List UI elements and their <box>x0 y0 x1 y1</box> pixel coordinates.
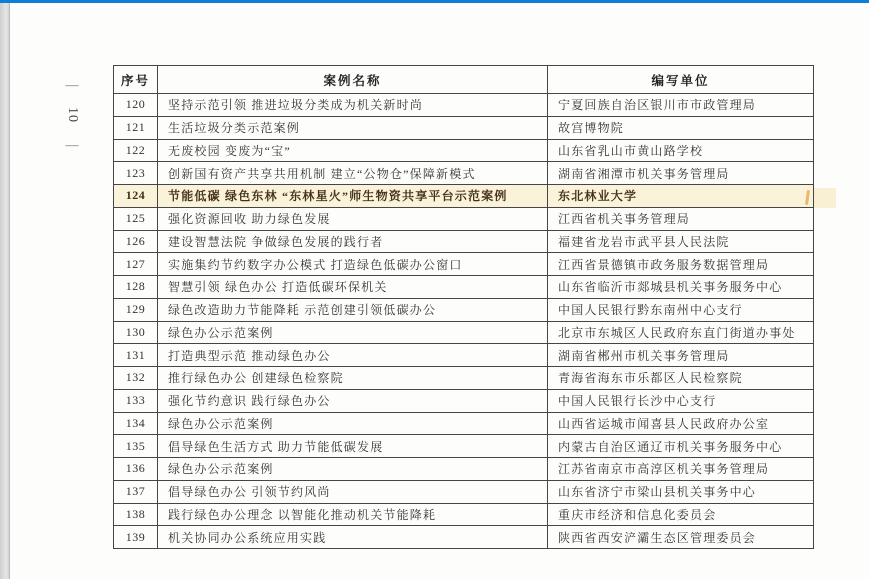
table-row: 134绿色办公示范案例山西省运城市闻喜县人民政府办公室 <box>114 412 814 435</box>
table-row: 133强化节约意识 践行绿色办公中国人民银行长沙中心支行 <box>114 389 814 412</box>
table-row: 137倡导绿色办公 引领节约风尚山东省济宁市梁山县机关事务中心 <box>114 480 814 503</box>
table-header-row: 序号 案例名称 编写单位 <box>114 66 814 94</box>
case-serial-number: 135 <box>114 435 158 458</box>
table-row: 138践行绿色办公理念 以智能化推动机关节能降耗重庆市经济和信息化委员会 <box>114 503 814 526</box>
table-row: 129绿色改造助力节能降耗 示范创建引领低碳办公中国人民银行黔东南州中心支行 <box>114 298 814 321</box>
case-serial-number: 134 <box>114 412 158 435</box>
case-serial-number: 130 <box>114 321 158 344</box>
case-writing-unit: 青海省海东市乐都区人民检察院 <box>548 367 814 390</box>
case-name: 打造典型示范 推动绿色办公 <box>158 344 548 367</box>
case-name: 绿色办公示范案例 <box>158 412 548 435</box>
page-number: — 10 — <box>58 82 86 148</box>
table-row: 127实施集约节约数字办公模式 打造绿色低碳办公窗口江西省景德镇市政务服务数据管… <box>114 253 814 276</box>
case-name: 机关协同办公系统应用实践 <box>158 526 548 549</box>
case-name: 坚持示范引领 推进垃圾分类成为机关新时尚 <box>158 94 548 117</box>
table-row: 136绿色办公示范案例江苏省南京市高淳区机关事务管理局 <box>114 458 814 481</box>
case-name: 绿色改造助力节能降耗 示范创建引领低碳办公 <box>158 298 548 321</box>
table-row: 139机关协同办公系统应用实践陕西省西安浐灞生态区管理委员会 <box>114 526 814 549</box>
case-writing-unit: 山东省济宁市梁山县机关事务中心 <box>548 480 814 503</box>
case-serial-number: 125 <box>114 207 158 230</box>
case-serial-number: 139 <box>114 526 158 549</box>
case-serial-number: 137 <box>114 480 158 503</box>
table-row: 121生活垃圾分类示范案例故宫博物院 <box>114 116 814 139</box>
table-row: 120坚持示范引领 推进垃圾分类成为机关新时尚宁夏回族自治区银川市市政管理局 <box>114 94 814 117</box>
case-name: 强化节约意识 践行绿色办公 <box>158 389 548 412</box>
case-name: 建设智慧法院 争做绿色发展的践行者 <box>158 230 548 253</box>
column-header-case-name: 案例名称 <box>158 66 548 94</box>
case-writing-unit: 山东省临沂市郯城县机关事务服务中心 <box>548 276 814 299</box>
case-name: 智慧引领 绿色办公 打造低碳环保机关 <box>158 276 548 299</box>
case-writing-unit: 山西省运城市闻喜县人民政府办公室 <box>548 412 814 435</box>
table-row: 125强化资源回收 助力绿色发展江西省机关事务管理局 <box>114 207 814 230</box>
case-name: 创新国有资产共享共用机制 建立“公物仓”保障新模式 <box>158 162 548 185</box>
table-row: 122无废校园 变废为“宝”山东省乳山市黄山路学校 <box>114 139 814 162</box>
case-serial-number: 121 <box>114 116 158 139</box>
case-writing-unit: 宁夏回族自治区银川市市政管理局 <box>548 94 814 117</box>
column-header-serial-number: 序号 <box>114 66 158 94</box>
table-row: 124节能低碳 绿色东林 “东林星火”师生物资共享平台示范案例东北林业大学 <box>114 185 814 208</box>
case-serial-number: 124 <box>114 185 158 208</box>
case-writing-unit: 故宫博物院 <box>548 116 814 139</box>
case-name: 无废校园 变废为“宝” <box>158 139 548 162</box>
table-row: 123创新国有资产共享共用机制 建立“公物仓”保障新模式湖南省湘潭市机关事务管理… <box>114 162 814 185</box>
case-writing-unit: 中国人民银行长沙中心支行 <box>548 389 814 412</box>
case-serial-number: 128 <box>114 276 158 299</box>
case-serial-number: 126 <box>114 230 158 253</box>
page-number-value: 10 <box>65 107 79 123</box>
table-row: 135倡导绿色生活方式 助力节能低碳发展内蒙古自治区通辽市机关事务服务中心 <box>114 435 814 458</box>
case-name: 强化资源回收 助力绿色发展 <box>158 207 548 230</box>
scan-edge-shadow <box>0 3 10 579</box>
case-serial-number: 129 <box>114 298 158 321</box>
case-name: 生活垃圾分类示范案例 <box>158 116 548 139</box>
case-serial-number: 136 <box>114 458 158 481</box>
case-name: 践行绿色办公理念 以智能化推动机关节能降耗 <box>158 503 548 526</box>
case-serial-number: 120 <box>114 94 158 117</box>
case-writing-unit: 陕西省西安浐灞生态区管理委员会 <box>548 526 814 549</box>
case-serial-number: 133 <box>114 389 158 412</box>
case-serial-number: 127 <box>114 253 158 276</box>
case-writing-unit: 东北林业大学 <box>548 185 814 208</box>
case-name: 倡导绿色办公 引领节约风尚 <box>158 480 548 503</box>
document-page: — 10 — 序号 案例名称 编写单位 120坚持示范引领 推进垃圾分类成为机关… <box>0 0 869 579</box>
case-table: 序号 案例名称 编写单位 120坚持示范引领 推进垃圾分类成为机关新时尚宁夏回族… <box>113 65 814 549</box>
case-writing-unit: 内蒙古自治区通辽市机关事务服务中心 <box>548 435 814 458</box>
table-row: 128智慧引领 绿色办公 打造低碳环保机关山东省临沂市郯城县机关事务服务中心 <box>114 276 814 299</box>
table-row: 131打造典型示范 推动绿色办公湖南省郴州市机关事务管理局 <box>114 344 814 367</box>
case-writing-unit: 湖南省郴州市机关事务管理局 <box>548 344 814 367</box>
case-writing-unit: 湖南省湘潭市机关事务管理局 <box>548 162 814 185</box>
case-writing-unit: 北京市东城区人民政府东直门街道办事处 <box>548 321 814 344</box>
column-header-writing-unit: 编写单位 <box>548 66 814 94</box>
table-row: 130绿色办公示范案例北京市东城区人民政府东直门街道办事处 <box>114 321 814 344</box>
case-serial-number: 138 <box>114 503 158 526</box>
page-number-dash-bottom: — <box>66 142 79 148</box>
top-accent-bar <box>0 0 869 3</box>
case-writing-unit: 山东省乳山市黄山路学校 <box>548 139 814 162</box>
case-name: 推行绿色办公 创建绿色检察院 <box>158 367 548 390</box>
scan-artifact-smudge <box>814 188 836 208</box>
table-row: 126建设智慧法院 争做绿色发展的践行者福建省龙岩市武平县人民法院 <box>114 230 814 253</box>
case-writing-unit: 江苏省南京市高淳区机关事务管理局 <box>548 458 814 481</box>
table-row: 132推行绿色办公 创建绿色检察院青海省海东市乐都区人民检察院 <box>114 367 814 390</box>
case-name: 实施集约节约数字办公模式 打造绿色低碳办公窗口 <box>158 253 548 276</box>
case-name: 倡导绿色生活方式 助力节能低碳发展 <box>158 435 548 458</box>
case-name: 节能低碳 绿色东林 “东林星火”师生物资共享平台示范案例 <box>158 185 548 208</box>
case-writing-unit: 江西省机关事务管理局 <box>548 207 814 230</box>
case-writing-unit: 中国人民银行黔东南州中心支行 <box>548 298 814 321</box>
case-name: 绿色办公示范案例 <box>158 321 548 344</box>
case-serial-number: 132 <box>114 367 158 390</box>
case-serial-number: 131 <box>114 344 158 367</box>
case-serial-number: 123 <box>114 162 158 185</box>
case-name: 绿色办公示范案例 <box>158 458 548 481</box>
page-number-dash-top: — <box>66 82 79 88</box>
case-serial-number: 122 <box>114 139 158 162</box>
case-writing-unit: 重庆市经济和信息化委员会 <box>548 503 814 526</box>
case-writing-unit: 福建省龙岩市武平县人民法院 <box>548 230 814 253</box>
case-writing-unit: 江西省景德镇市政务服务数据管理局 <box>548 253 814 276</box>
